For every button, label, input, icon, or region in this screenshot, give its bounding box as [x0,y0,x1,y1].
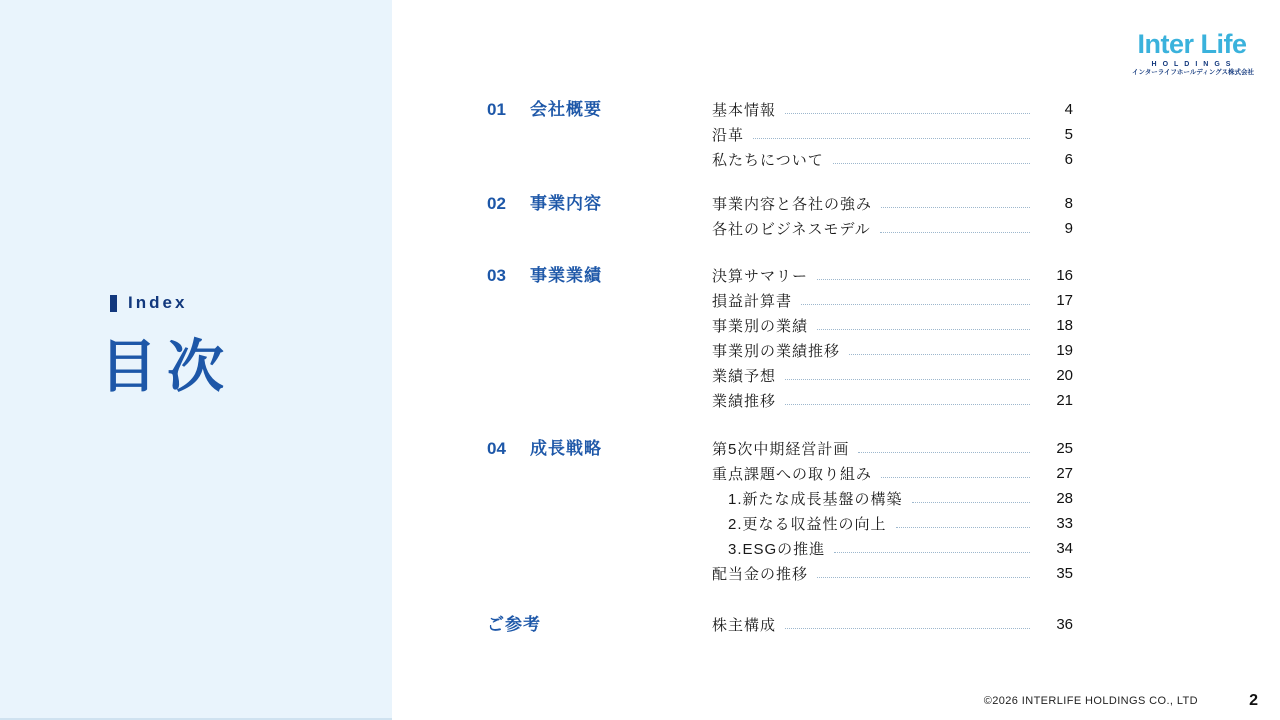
page-title: 目次 [100,330,234,404]
toc-section-header: 04成長戦略 [487,436,712,586]
toc-entry-page-number: 33 [1042,515,1073,532]
dotted-leader [753,138,1030,139]
toc-entry-page-number: 8 [1042,195,1073,212]
toc-section-header: 01会社概要 [487,97,712,172]
toc-entry: 事業内容と各社の強み8 [712,191,1073,216]
dotted-leader [881,207,1030,208]
toc-entry-label: 株主構成 [712,614,776,635]
toc-section: 02事業内容事業内容と各社の強み8各社のビジネスモデル9 [487,191,1073,241]
toc-entry-page-number: 6 [1042,151,1073,168]
toc-entry-page-number: 16 [1042,267,1073,284]
logo-wordmark: Inter Life [1132,31,1252,58]
toc: 01会社概要基本情報4沿革5私たちについて602事業内容事業内容と各社の強み8各… [487,97,1073,657]
toc-entry-label: 重点課題への取り組み [712,463,872,484]
toc-entry: 業績予想20 [712,363,1073,388]
toc-entry: 事業別の業績18 [712,313,1073,338]
index-heading: Index [110,293,187,313]
toc-section-title: ご参考 [487,615,541,634]
dotted-leader [817,279,1030,280]
dotted-leader [785,379,1030,380]
toc-entry-page-number: 35 [1042,565,1073,582]
toc-entry-page-number: 5 [1042,126,1073,143]
toc-entry: 事業別の業績推移19 [712,338,1073,363]
toc-section: 03事業業績決算サマリー16損益計算書17事業別の業績18事業別の業績推移19業… [487,263,1073,413]
toc-entry-label: 第5次中期経営計画 [712,438,849,459]
dotted-leader [833,163,1030,164]
toc-entry-page-number: 18 [1042,317,1073,334]
toc-section-number: 02 [487,191,530,216]
dotted-leader [785,628,1030,629]
toc-section-number: 03 [487,263,530,288]
toc-section-items: 第5次中期経営計画25重点課題への取り組み271.新たな成長基盤の構築282.更… [712,436,1073,586]
toc-section-title: 事業内容 [530,194,602,213]
toc-entry: 3.ESGの推進34 [712,536,1073,561]
toc-entry-page-number: 28 [1042,490,1073,507]
dotted-leader [881,477,1030,478]
toc-section: ご参考株主構成36 [487,612,1073,638]
toc-entry: 重点課題への取り組み27 [712,461,1073,486]
dotted-leader [880,232,1030,233]
toc-section-header: ご参考 [487,612,712,638]
toc-entry-page-number: 4 [1042,101,1073,118]
toc-section-number: 01 [487,97,530,122]
dotted-leader [896,527,1030,528]
toc-entry-label: 2.更なる収益性の向上 [712,513,887,534]
slide-page-number: 2 [1249,692,1258,710]
company-logo: Inter Life HOLDINGS インターライフホールディングス株式会社 [1132,31,1252,77]
toc-entry-page-number: 27 [1042,465,1073,482]
toc-section-number: 04 [487,436,530,461]
dotted-leader [785,404,1030,405]
toc-entry: 業績推移21 [712,388,1073,413]
toc-entry-label: 配当金の推移 [712,563,808,584]
toc-entry: 沿革5 [712,122,1073,147]
left-accent-panel: Index 目次 [0,0,392,720]
toc-section-title: 成長戦略 [530,439,602,458]
toc-entry-label: 事業内容と各社の強み [712,193,872,214]
copyright-text: ©2026 INTERLIFE HOLDINGS CO., LTD [984,695,1198,707]
toc-section-title: 会社概要 [530,100,602,119]
toc-section-items: 決算サマリー16損益計算書17事業別の業績18事業別の業績推移19業績予想20業… [712,263,1073,413]
dotted-leader [817,329,1030,330]
toc-entry-label: 沿革 [712,124,744,145]
toc-entry-page-number: 9 [1042,220,1073,237]
toc-entry: 2.更なる収益性の向上33 [712,511,1073,536]
index-label: Index [128,293,187,313]
toc-entry: 配当金の推移35 [712,561,1073,586]
toc-entry: 決算サマリー16 [712,263,1073,288]
toc-entry-label: 業績推移 [712,390,776,411]
dotted-leader [817,577,1030,578]
toc-section-header: 03事業業績 [487,263,712,413]
logo-company-name-jp: インターライフホールディングス株式会社 [1132,70,1252,77]
dotted-leader [801,304,1030,305]
toc-entry-label: 損益計算書 [712,290,792,311]
dotted-leader [858,452,1030,453]
toc-section-items: 株主構成36 [712,612,1073,638]
toc-entry-page-number: 25 [1042,440,1073,457]
toc-entry-page-number: 20 [1042,367,1073,384]
toc-entry-page-number: 34 [1042,540,1073,557]
toc-entry-label: 事業別の業績 [712,315,808,336]
toc-entry-label: 1.新たな成長基盤の構築 [712,488,903,509]
toc-entry-page-number: 21 [1042,392,1073,409]
toc-section: 01会社概要基本情報4沿革5私たちについて6 [487,97,1073,172]
toc-section-header: 02事業内容 [487,191,712,241]
toc-entry: 私たちについて6 [712,147,1073,172]
toc-entry: 損益計算書17 [712,288,1073,313]
dotted-leader [785,113,1030,114]
toc-entry-label: 決算サマリー [712,265,808,286]
toc-entry: 株主構成36 [712,612,1073,637]
index-bar-icon [110,295,117,312]
toc-entry: 基本情報4 [712,97,1073,122]
toc-entry-label: 各社のビジネスモデル [712,218,871,239]
dotted-leader [834,552,1030,553]
toc-entry: 第5次中期経営計画25 [712,436,1073,461]
dotted-leader [849,354,1030,355]
toc-entry-page-number: 36 [1042,616,1073,633]
toc-entry-page-number: 17 [1042,292,1073,309]
toc-entry-page-number: 19 [1042,342,1073,359]
dotted-leader [912,502,1030,503]
toc-entry: 1.新たな成長基盤の構築28 [712,486,1073,511]
toc-section: 04成長戦略第5次中期経営計画25重点課題への取り組み271.新たな成長基盤の構… [487,436,1073,586]
toc-section-items: 基本情報4沿革5私たちについて6 [712,97,1073,172]
logo-holdings-text: HOLDINGS [1136,61,1252,68]
toc-entry-label: 私たちについて [712,149,824,170]
toc-section-title: 事業業績 [530,266,602,285]
toc-entry-label: 3.ESGの推進 [712,538,825,559]
toc-entry: 各社のビジネスモデル9 [712,216,1073,241]
toc-section-items: 事業内容と各社の強み8各社のビジネスモデル9 [712,191,1073,241]
toc-entry-label: 業績予想 [712,365,776,386]
toc-entry-label: 基本情報 [712,99,776,120]
toc-entry-label: 事業別の業績推移 [712,340,840,361]
